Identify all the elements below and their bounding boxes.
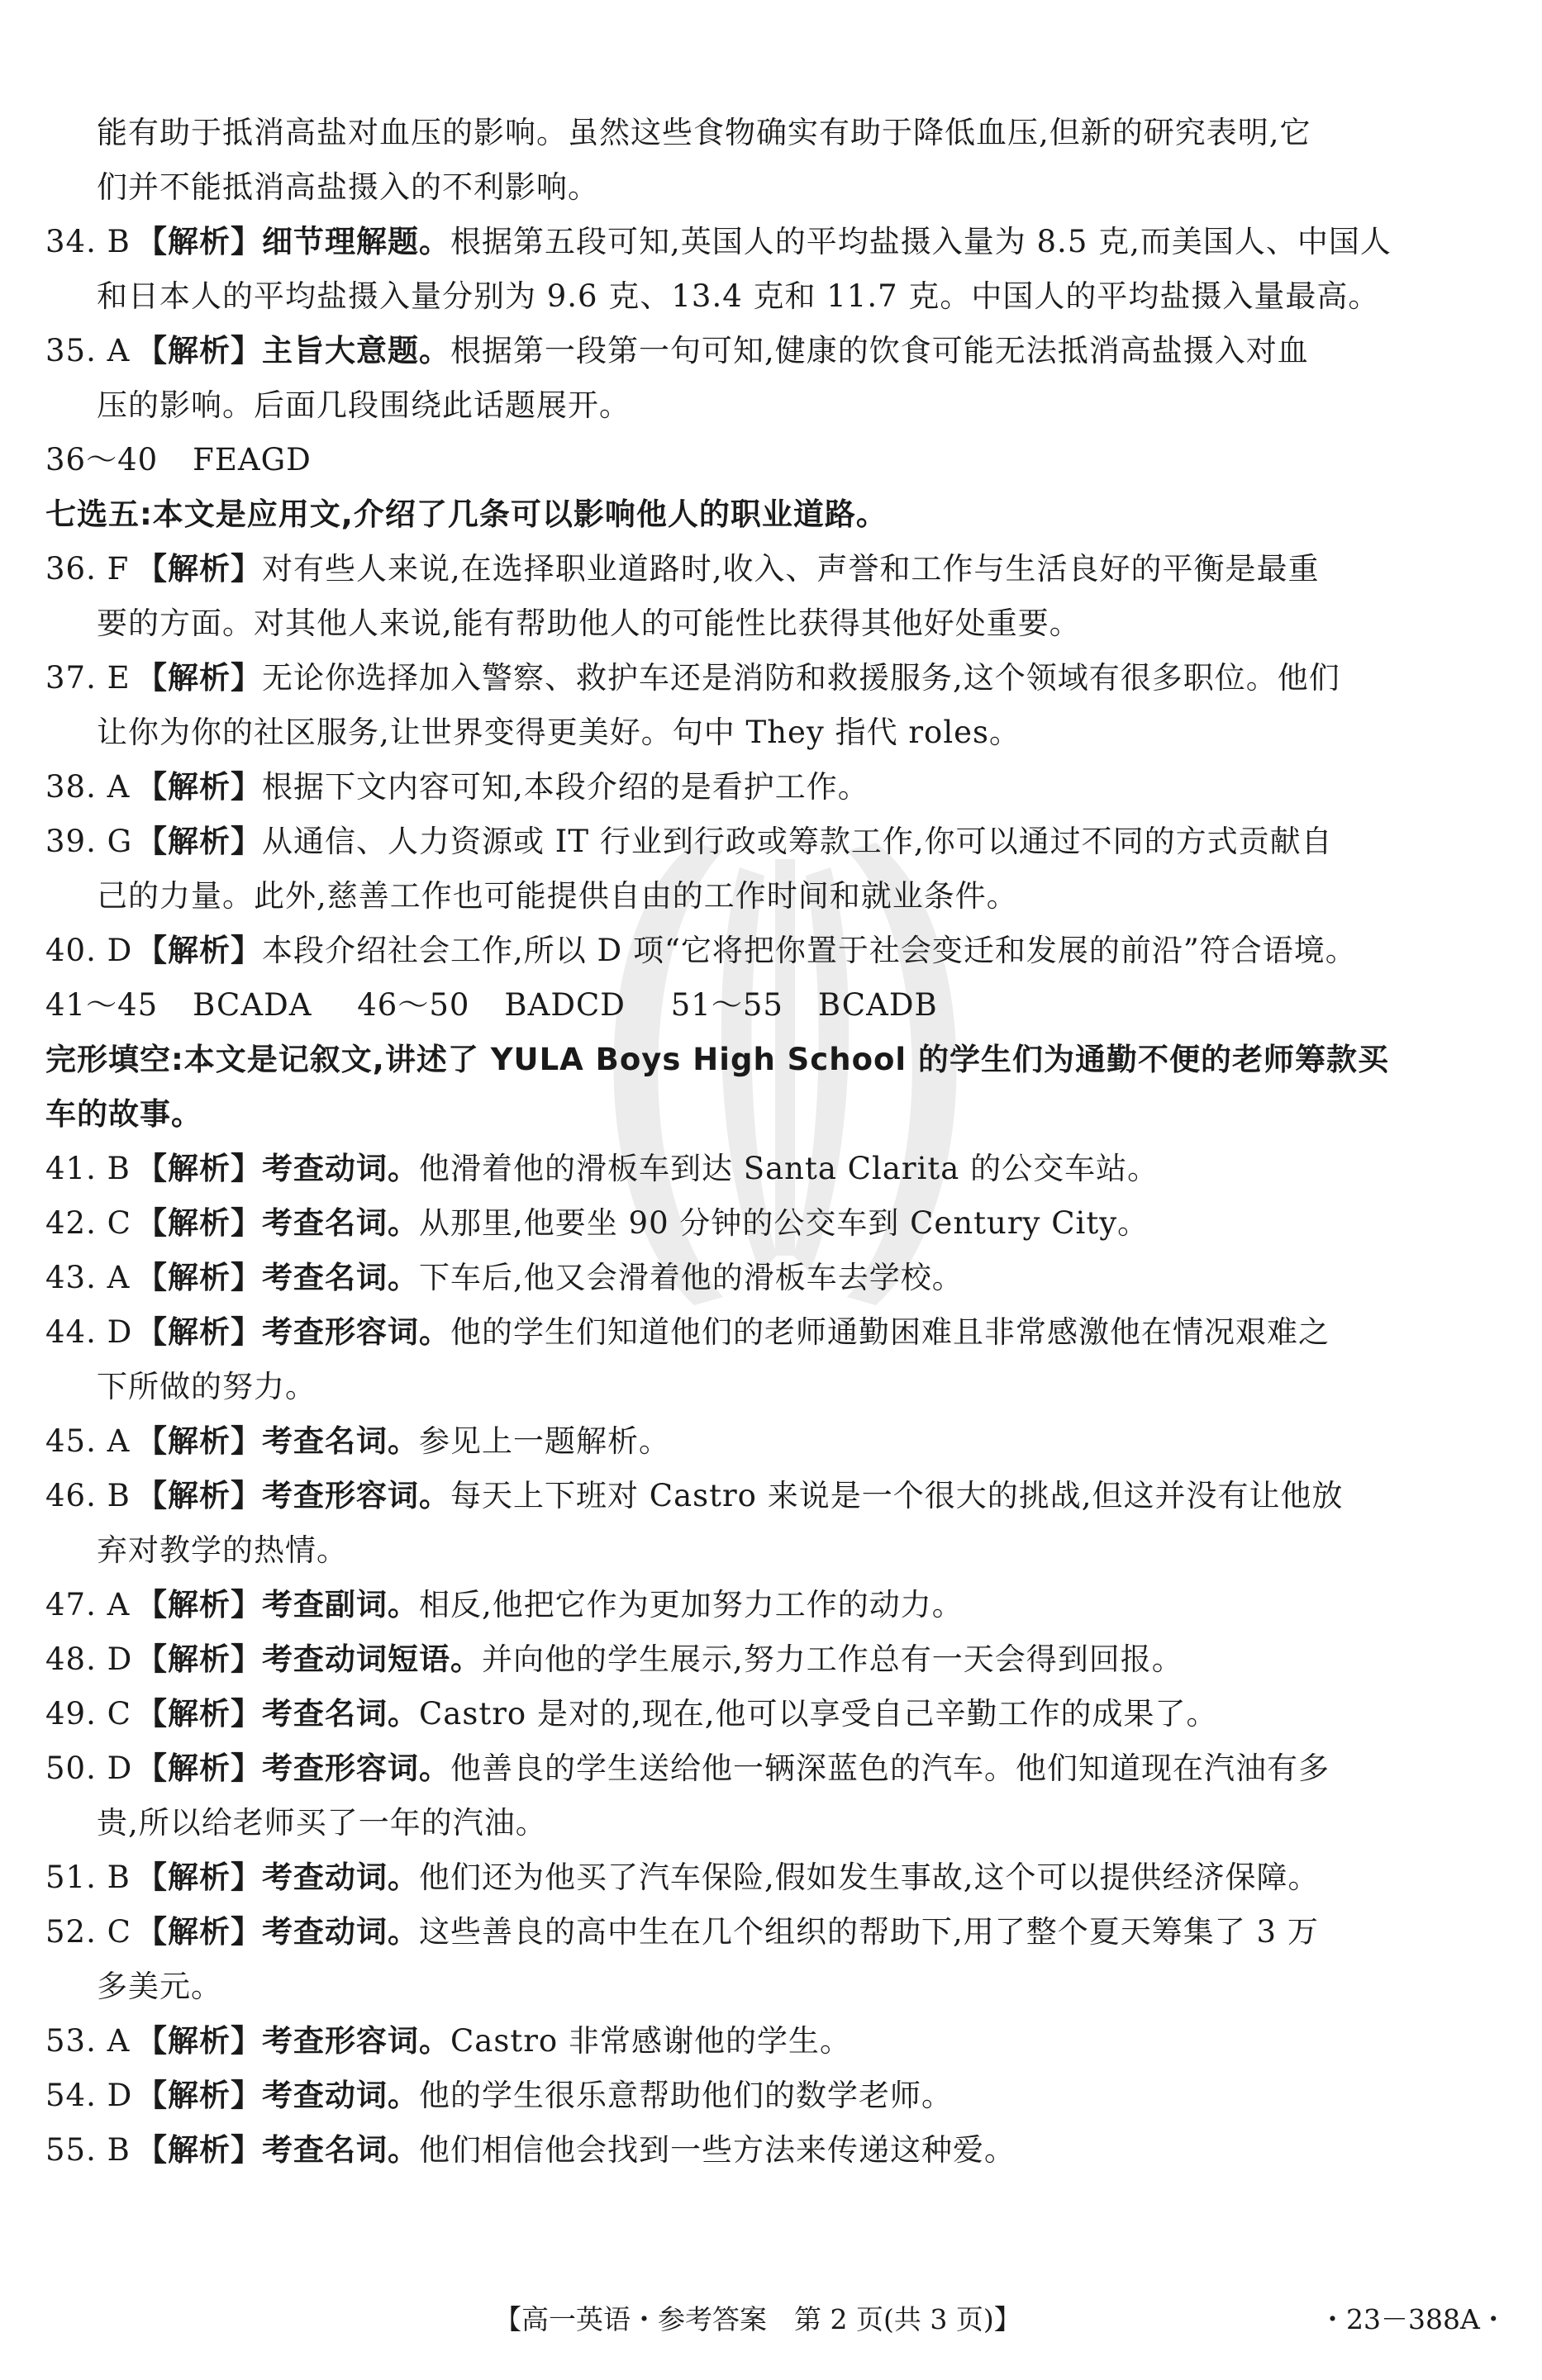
explanation-continuation: 和日本人的平均盐摄入量分别为 9.6 克、13.4 克和 11.7 克。中国人的…: [45, 269, 1500, 324]
analysis-tag: 【解析】: [136, 824, 262, 859]
answer-item-51: 51. B【解析】考查动词。他们还为他买了汽车保险,假如发生事故,这个可以提供经…: [45, 1850, 1500, 1905]
footer-doc-code: ・23－388A・: [1319, 2298, 1507, 2337]
answer-item-35: 35. A【解析】主旨大意题。根据第一段第一句可知,健康的饮食可能无法抵消高盐摄…: [45, 324, 1500, 378]
question-type: 考查名词。: [262, 1205, 419, 1241]
explanation-text: 根据下文内容可知,本段介绍的是看护工作。: [262, 769, 869, 805]
analysis-tag: 【解析】: [136, 1641, 262, 1677]
explanation-text: 从通信、人力资源或 IT 行业到行政或筹款工作,你可以通过不同的方式贡献自: [262, 824, 1333, 859]
question-type: 考查形容词。: [262, 1478, 450, 1513]
section-heading-cloze: 完形填空:本文是记叙文,讲述了 YULA Boys High School 的学…: [45, 1033, 1500, 1087]
analysis-tag: 【解析】: [136, 769, 262, 805]
explanation-continuation: 下所做的努力。: [45, 1360, 1500, 1414]
question-type: 考查动词。: [262, 1914, 419, 1950]
answer-letters: BADCD: [504, 987, 626, 1023]
question-type: 考查形容词。: [262, 1751, 450, 1786]
explanation-text: 每天上下班对 Castro 来说是一个很大的挑战,但这并没有让他放: [450, 1478, 1343, 1513]
answer-item-47: 47. A【解析】考查副词。相反,他把它作为更加努力工作的动力。: [45, 1578, 1500, 1632]
analysis-tag: 【解析】: [136, 1478, 262, 1513]
explanation-continuation: 弃对教学的热情。: [45, 1523, 1500, 1578]
answer-letters: BCADA: [193, 987, 312, 1023]
question-type: 细节理解题。: [262, 224, 450, 259]
explanation-text: Castro 非常感谢他的学生。: [450, 2023, 851, 2059]
item-number: 50. D: [45, 1741, 136, 1796]
analysis-tag: 【解析】: [136, 1751, 262, 1786]
item-number: 46. B: [45, 1469, 136, 1523]
item-number: 39. G: [45, 815, 136, 869]
answer-item-50: 50. D【解析】考查形容词。他善良的学生送给他一辆深蓝色的汽车。他们知道现在汽…: [45, 1741, 1500, 1796]
item-number: 36. F: [45, 542, 136, 596]
question-type: 考查动词。: [262, 2078, 419, 2113]
item-number: 53. A: [45, 2014, 136, 2069]
explanation-text: 他们还为他买了汽车保险,假如发生事故,这个可以提供经济保障。: [419, 1860, 1320, 1895]
answer-item-36: 36. F【解析】对有些人来说,在选择职业道路时,收入、声誉和工作与生活良好的平…: [45, 542, 1500, 596]
analysis-tag: 【解析】: [136, 551, 262, 587]
item-number: 52. C: [45, 1905, 136, 1960]
explanation-continuation: 己的力量。此外,慈善工作也可能提供自由的工作时间和就业条件。: [45, 869, 1500, 924]
answer-item-41: 41. B【解析】考查动词。他滑着他的滑板车到达 Santa Clarita 的…: [45, 1142, 1500, 1196]
explanation-text: 相反,他把它作为更加努力工作的动力。: [419, 1587, 964, 1622]
analysis-tag: 【解析】: [136, 1860, 262, 1895]
answer-item-52: 52. C【解析】考查动词。这些善良的高中生在几个组织的帮助下,用了整个夏天筹集…: [45, 1905, 1500, 1960]
item-number: 40. D: [45, 924, 136, 978]
explanation-text: 根据第一段第一句可知,健康的饮食可能无法抵消高盐摄入对血: [450, 333, 1309, 368]
analysis-tag: 【解析】: [136, 224, 262, 259]
item-number: 35. A: [45, 324, 136, 378]
answer-item-46: 46. B【解析】考查形容词。每天上下班对 Castro 来说是一个很大的挑战,…: [45, 1469, 1500, 1523]
item-number: 55. B: [45, 2123, 136, 2178]
analysis-tag: 【解析】: [136, 2023, 262, 2059]
footer-page-info: 【高一英语・参考答案 第 2 页(共 3 页)】: [494, 2298, 1021, 2337]
explanation-text: 他滑着他的滑板车到达 Santa Clarita 的公交车站。: [419, 1151, 1159, 1186]
answer-item-39: 39. G【解析】从通信、人力资源或 IT 行业到行政或筹款工作,你可以通过不同…: [45, 815, 1500, 869]
question-type: 考查名词。: [262, 1696, 419, 1732]
answer-item-40: 40. D【解析】本段介绍社会工作,所以 D 项“它将把你置于社会变迁和发展的前…: [45, 924, 1500, 978]
analysis-tag: 【解析】: [136, 1914, 262, 1950]
question-type: 考查动词短语。: [262, 1641, 482, 1677]
analysis-tag: 【解析】: [136, 1205, 262, 1241]
analysis-tag: 【解析】: [136, 2078, 262, 2113]
answer-key-page: 能有助于抵消高盐对血压的影响。虽然这些食物确实有助于降低血压,但新的研究表明,它…: [45, 106, 1500, 2178]
item-number: 38. A: [45, 760, 136, 815]
analysis-tag: 【解析】: [136, 2132, 262, 2168]
answer-summary-36-40: 36～40FEAGD: [45, 433, 1500, 487]
question-type: 主旨大意题。: [262, 333, 450, 368]
answer-summary-41-55: 41～45BCADA 46～50BADCD 51～55BCADB: [45, 978, 1500, 1033]
explanation-text: 下车后,他又会滑着他的滑板车去学校。: [419, 1260, 964, 1295]
answer-item-54: 54. D【解析】考查动词。他的学生很乐意帮助他们的数学老师。: [45, 2069, 1500, 2123]
item-number: 48. D: [45, 1632, 136, 1687]
analysis-tag: 【解析】: [136, 1314, 262, 1350]
explanation-text: Castro 是对的,现在,他可以享受自己辛勤工作的成果了。: [419, 1696, 1217, 1732]
item-number: 43. A: [45, 1251, 136, 1305]
answer-range: 41～45: [45, 987, 158, 1023]
explanation-continuation: 贵,所以给老师买了一年的汽油。: [45, 1796, 1500, 1850]
continuation-line: 们并不能抵消高盐摄入的不利影响。: [45, 160, 1500, 215]
item-number: 44. D: [45, 1305, 136, 1360]
answer-item-49: 49. C【解析】考查名词。Castro 是对的,现在,他可以享受自己辛勤工作的…: [45, 1687, 1500, 1741]
question-type: 考查名词。: [262, 2132, 419, 2168]
explanation-text: 对有些人来说,在选择职业道路时,收入、声誉和工作与生活良好的平衡是最重: [262, 551, 1320, 587]
answer-item-45: 45. A【解析】考查名词。参见上一题解析。: [45, 1414, 1500, 1469]
answer-item-34: 34. B【解析】细节理解题。根据第五段可知,英国人的平均盐摄入量为 8.5 克…: [45, 215, 1500, 269]
item-number: 54. D: [45, 2069, 136, 2123]
explanation-text: 他们相信他会找到一些方法来传递这种爱。: [419, 2132, 1016, 2168]
explanation-text: 本段介绍社会工作,所以 D 项“它将把你置于社会变迁和发展的前沿”符合语境。: [262, 933, 1357, 968]
item-number: 34. B: [45, 215, 136, 269]
analysis-tag: 【解析】: [136, 660, 262, 696]
answer-item-55: 55. B【解析】考查名词。他们相信他会找到一些方法来传递这种爱。: [45, 2123, 1500, 2178]
item-number: 42. C: [45, 1196, 136, 1251]
item-number: 37. E: [45, 651, 136, 705]
answer-item-53: 53. A【解析】考查形容词。Castro 非常感谢他的学生。: [45, 2014, 1500, 2069]
question-type: 考查形容词。: [262, 1314, 450, 1350]
explanation-text: 这些善良的高中生在几个组织的帮助下,用了整个夏天筹集了 3 万: [419, 1914, 1319, 1950]
answer-range: 36～40: [45, 442, 158, 477]
analysis-tag: 【解析】: [136, 1151, 262, 1186]
answer-item-37: 37. E【解析】无论你选择加入警察、救护车还是消防和救援服务,这个领域有很多职…: [45, 651, 1500, 705]
analysis-tag: 【解析】: [136, 333, 262, 368]
explanation-continuation: 要的方面。对其他人来说,能有帮助他人的可能性比获得其他好处重要。: [45, 596, 1500, 651]
explanation-text: 参见上一题解析。: [419, 1423, 670, 1459]
question-type: 考查名词。: [262, 1423, 419, 1459]
analysis-tag: 【解析】: [136, 1587, 262, 1622]
item-number: 49. C: [45, 1687, 136, 1741]
answer-range: 51～55: [671, 987, 783, 1023]
answer-letters: FEAGD: [193, 442, 312, 477]
explanation-text: 并向他的学生展示,努力工作总有一天会得到回报。: [482, 1641, 1183, 1677]
explanation-continuation: 多美元。: [45, 1960, 1500, 2014]
explanation-continuation: 让你为你的社区服务,让世界变得更美好。句中 They 指代 roles。: [45, 705, 1500, 760]
answer-letters: BCADB: [818, 987, 938, 1023]
answer-item-38: 38. A【解析】根据下文内容可知,本段介绍的是看护工作。: [45, 760, 1500, 815]
explanation-text: 从那里,他要坐 90 分钟的公交车到 Century City。: [419, 1205, 1149, 1241]
explanation-text: 根据第五段可知,英国人的平均盐摄入量为 8.5 克,而美国人、中国人: [450, 224, 1392, 259]
item-number: 47. A: [45, 1578, 136, 1632]
section-heading-seven-choose-five: 七选五:本文是应用文,介绍了几条可以影响他人的职业道路。: [45, 487, 1500, 542]
explanation-text: 他善良的学生送给他一辆深蓝色的汽车。他们知道现在汽油有多: [450, 1751, 1330, 1786]
question-type: 考查名词。: [262, 1260, 419, 1295]
explanation-continuation: 压的影响。后面几段围绕此话题展开。: [45, 378, 1500, 433]
explanation-text: 他的学生很乐意帮助他们的数学老师。: [419, 2078, 953, 2113]
analysis-tag: 【解析】: [136, 1696, 262, 1732]
explanation-text: 无论你选择加入警察、救护车还是消防和救援服务,这个领域有很多职位。他们: [262, 660, 1340, 696]
analysis-tag: 【解析】: [136, 933, 262, 968]
section-heading-cloze-continuation: 车的故事。: [45, 1087, 1500, 1142]
answer-range: 46～50: [357, 987, 469, 1023]
answer-item-48: 48. D【解析】考查动词短语。并向他的学生展示,努力工作总有一天会得到回报。: [45, 1632, 1500, 1687]
analysis-tag: 【解析】: [136, 1423, 262, 1459]
analysis-tag: 【解析】: [136, 1260, 262, 1295]
item-number: 51. B: [45, 1850, 136, 1905]
page-footer: 【高一英语・参考答案 第 2 页(共 3 页)】 ・23－388A・: [0, 2298, 1542, 2340]
question-type: 考查形容词。: [262, 2023, 450, 2059]
answer-item-43: 43. A【解析】考查名词。下车后,他又会滑着他的滑板车去学校。: [45, 1251, 1500, 1305]
question-type: 考查动词。: [262, 1860, 419, 1895]
item-number: 45. A: [45, 1414, 136, 1469]
explanation-text: 他的学生们知道他们的老师通勤困难且非常感激他在情况艰难之: [450, 1314, 1330, 1350]
answer-item-42: 42. C【解析】考查名词。从那里,他要坐 90 分钟的公交车到 Century…: [45, 1196, 1500, 1251]
answer-item-44: 44. D【解析】考查形容词。他的学生们知道他们的老师通勤困难且非常感激他在情况…: [45, 1305, 1500, 1360]
continuation-line: 能有助于抵消高盐对血压的影响。虽然这些食物确实有助于降低血压,但新的研究表明,它: [45, 106, 1500, 160]
question-type: 考查动词。: [262, 1151, 419, 1186]
question-type: 考查副词。: [262, 1587, 419, 1622]
item-number: 41. B: [45, 1142, 136, 1196]
